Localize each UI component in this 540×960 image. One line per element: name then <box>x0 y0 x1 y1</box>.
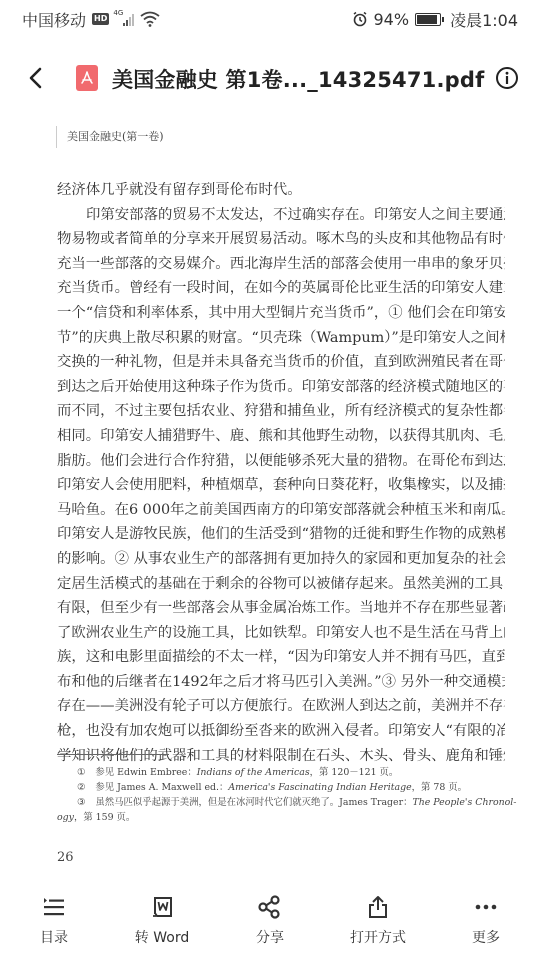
footnote: ①参见 Edwin Embree：Indians of the Americas… <box>57 765 507 780</box>
footnote-divider <box>57 754 169 755</box>
status-bar: 中国移动 HD 4G 94% 凌晨1:04 <box>0 0 540 38</box>
convert-word-button[interactable]: 转 Word <box>108 888 216 960</box>
text-line: 印第安人会使用肥料，种植烟草，套种向日葵花籽，收集橡实，以及捕捞大 <box>57 473 505 498</box>
footnote-mark: ① <box>77 767 85 778</box>
text-line: 到达之后开始使用这种珠子作为货币。印第安部落的经济模式随地区的不同 <box>57 375 505 400</box>
text-line: 脂肪。他们会进行合作狩猎，以便能够杀死大量的猎物。在哥伦布到达之前， <box>57 449 505 474</box>
document-title: 美国金融史 第1卷..._14325471.pdf <box>112 64 484 94</box>
share-icon <box>258 895 282 919</box>
share-button[interactable]: 分享 <box>216 888 324 960</box>
text-line: 经济体几乎就没有留存到哥伦布时代。 <box>57 178 505 203</box>
footnote-title: The People's Chronol- <box>412 797 516 808</box>
text-line: 有限，但至少有一些部落会从事金属冶炼工作。当地并不存在那些显著改进 <box>57 596 505 621</box>
footnote-title: ogy <box>57 812 74 823</box>
share-label: 分享 <box>256 927 284 947</box>
body-text: 经济体几乎就没有留存到哥伦布时代。印第安部落的贸易不太发达，不过确实存在。印第安… <box>57 178 505 768</box>
text-line: 节”的庆典上散尽积累的财富。“贝壳珠（Wampum）”是印第安人之间相互 <box>57 326 505 351</box>
text-line: 物易物或者简单的分享来开展贸易活动。啄木鸟的头皮和其他物品有时候会 <box>57 227 505 252</box>
status-right: 94% 凌晨1:04 <box>352 8 519 31</box>
alarm-icon <box>352 11 368 27</box>
footnote-text: ，第 120－121 页。 <box>310 767 399 778</box>
footnote-mark: ② <box>77 782 85 793</box>
toc-label: 目录 <box>40 927 68 947</box>
footnote-mark: ③ <box>77 797 85 808</box>
bottom-toolbar: 目录 转 Word 分享 打开方式 <box>0 888 540 960</box>
convert-word-label: 转 Word <box>135 927 189 947</box>
text-line: 印第安人是游牧民族，他们的生活受到“猎物的迁徙和野生作物的成熟模式” <box>57 522 505 547</box>
signal-icon: 4G <box>115 12 134 26</box>
open-with-label: 打开方式 <box>350 927 406 947</box>
chevron-left-icon <box>28 67 44 89</box>
table-of-contents-icon <box>42 896 66 918</box>
back-button[interactable] <box>22 64 50 92</box>
battery-icon <box>415 13 444 26</box>
app-header: 美国金融史 第1卷..._14325471.pdf <box>0 52 540 102</box>
clock: 凌晨1:04 <box>450 8 518 31</box>
convert-word-icon <box>150 895 174 919</box>
open-with-icon <box>367 895 389 919</box>
info-button[interactable] <box>494 65 520 91</box>
footnote: ②参见 James A. Maxwell ed.：America's Fasci… <box>57 780 507 795</box>
text-line: 而不同，不过主要包括农业、狩猎和捕鱼业，所有经济模式的复杂性都各不 <box>57 399 505 424</box>
footnote-continuation: ogy，第 159 页。 <box>57 810 507 825</box>
page-number: 26 <box>57 850 74 865</box>
text-line: 定居生活模式的基础在于剩余的谷物可以被储存起来。虽然美洲的工具比较 <box>57 572 505 597</box>
carrier-name: 中国移动 <box>22 8 86 31</box>
footnote-text: 参见 James A. Maxwell ed.： <box>95 782 228 793</box>
more-icon <box>474 903 498 911</box>
more-label: 更多 <box>472 927 500 947</box>
wifi-icon <box>140 11 160 27</box>
footnote-text: 虽然马匹似乎起源于美洲，但是在冰河时代它们就灭绝了。James Trager： <box>95 797 412 808</box>
pdf-icon <box>76 65 98 91</box>
text-line: 一个“信贷和利率体系，其中用大型铜片充当货币”，① 他们会在印第安“冬 <box>57 301 505 326</box>
footnote-text: 参见 Edwin Embree： <box>95 767 196 778</box>
network-type: 4G <box>113 9 123 17</box>
text-line: 充当货币。曾经有一段时间，在如今的英属哥伦比亚生活的印第安人建立了 <box>57 276 505 301</box>
footnotes: ①参见 Edwin Embree：Indians of the Americas… <box>57 765 507 825</box>
hd-icon: HD <box>92 13 109 25</box>
footnote: ③虽然马匹似乎起源于美洲，但是在冰河时代它们就灭绝了。James Trager：… <box>57 795 507 810</box>
text-line: 存在——美洲没有轮子可以方便旅行。在欧洲人到达之前，美洲并不存在火 <box>57 694 505 719</box>
running-head: 美国金融史(第一卷) <box>56 126 164 148</box>
text-line: 印第安部落的贸易不太发达，不过确实存在。印第安人之间主要通过以 <box>57 203 505 228</box>
more-button[interactable]: 更多 <box>432 888 540 960</box>
pdf-page[interactable]: 美国金融史(第一卷) 经济体几乎就没有留存到哥伦布时代。印第安部落的贸易不太发达… <box>0 110 540 880</box>
text-line: 交换的一种礼物，但是并未具备充当货币的价值，直到欧洲殖民者在哥伦布 <box>57 350 505 375</box>
footnote-title: Indians of the Americas <box>197 767 310 778</box>
text-line: 了欧洲农业生产的设施工具，比如铁犁。印第安人也不是生活在马背上的民 <box>57 621 505 646</box>
footnote-text: ，第 78 页。 <box>412 782 467 793</box>
status-left: 中国移动 HD 4G <box>22 8 160 31</box>
text-line: 枪，也没有加农炮可以抵御纷至沓来的欧洲入侵者。印第安人“有限的冶金 <box>57 719 505 744</box>
text-line: 的影响。② 从事农业生产的部落拥有更加持久的家园和更加复杂的社会。这一 <box>57 547 505 572</box>
text-line: 相同。印第安人捕猎野牛、鹿、熊和其他野生动物，以获得其肌肉、毛皮和 <box>57 424 505 449</box>
footnote-text: ，第 159 页。 <box>74 812 135 823</box>
open-with-button[interactable]: 打开方式 <box>324 888 432 960</box>
battery-percent: 94% <box>374 10 410 29</box>
text-line: 布和他的后继者在1492年之后才将马匹引入美洲。”③ 另外一种交通模式也不 <box>57 670 505 695</box>
text-line: 马哈鱼。在6 000年之前美国西南方的印第安部落就会种植玉米和南瓜。很多 <box>57 498 505 523</box>
footnote-title: America's Fascinating Indian Heritage <box>228 782 411 793</box>
text-line: 充当一些部落的交易媒介。西北海岸生活的部落会使用一串串的象牙贝壳来 <box>57 252 505 277</box>
info-icon <box>494 65 520 91</box>
text-line: 族，这和电影里面描绘的不太一样，“因为印第安人并不拥有马匹，直到哥伦 <box>57 645 505 670</box>
toc-button[interactable]: 目录 <box>0 888 108 960</box>
